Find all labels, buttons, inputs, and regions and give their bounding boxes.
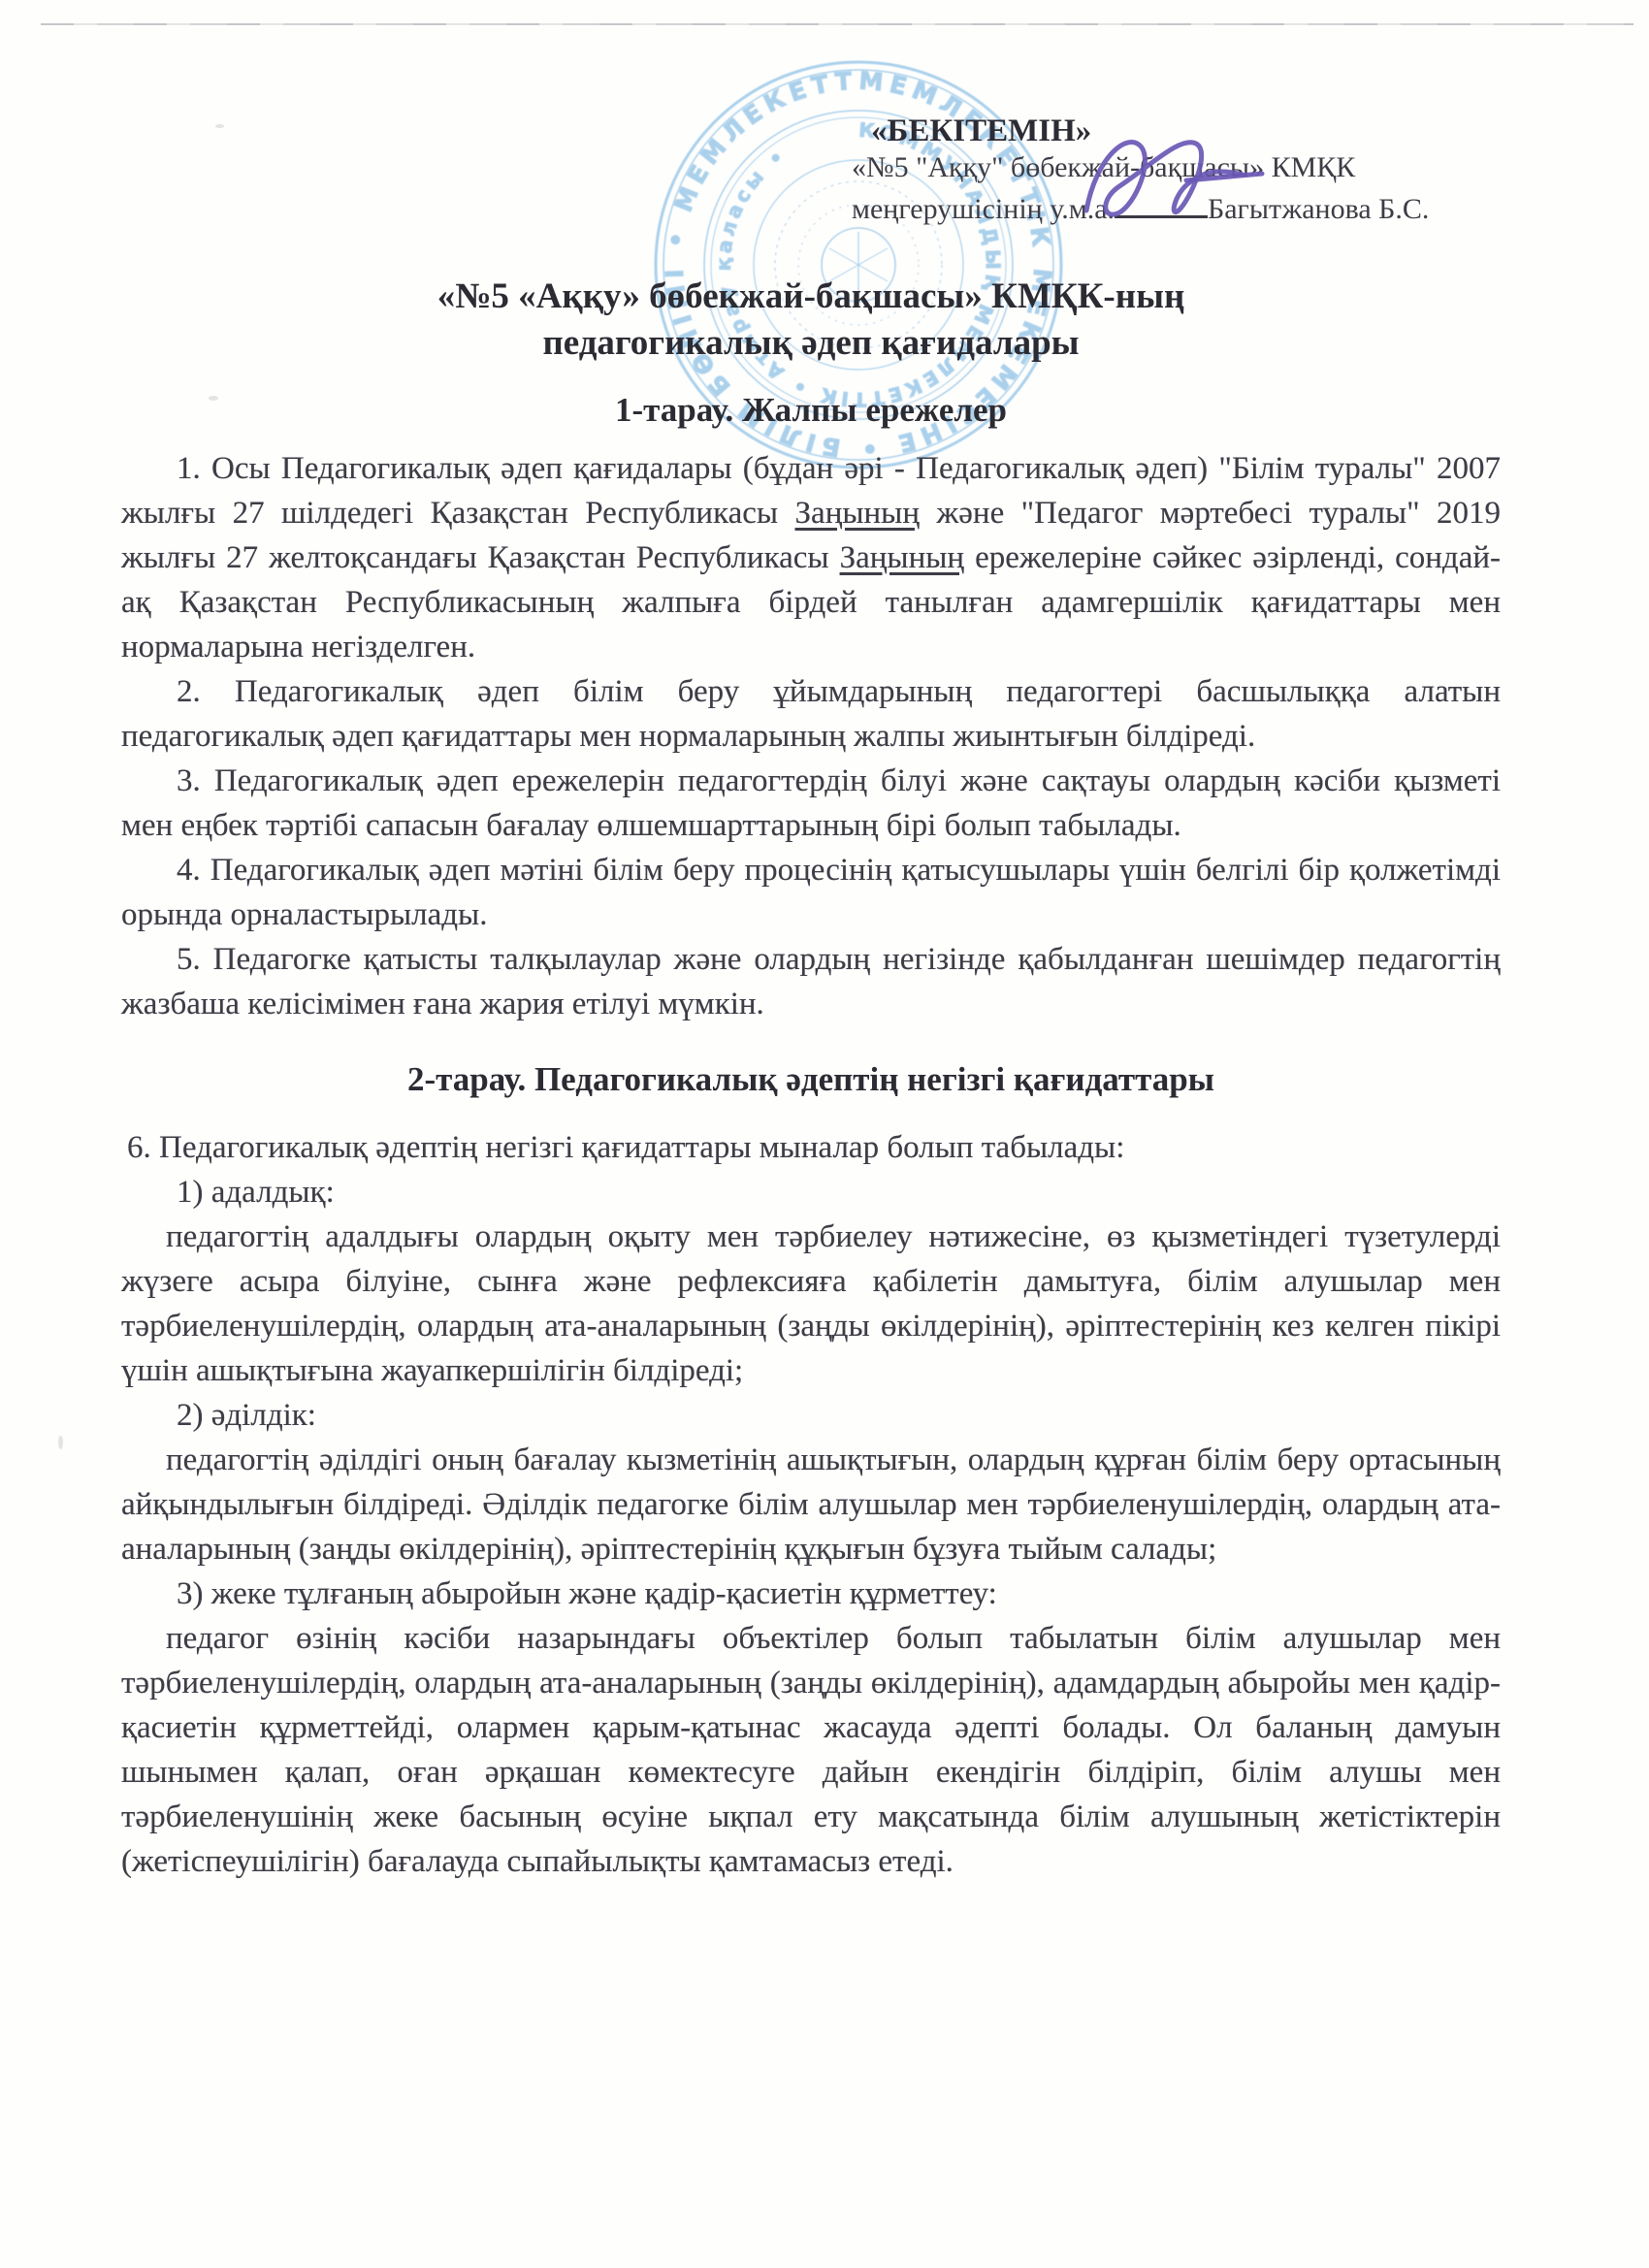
paragraph-2: 2. Педагогикалық әдеп білім беру ұйымдар… <box>121 669 1501 759</box>
approval-signatory-line: меңгерушісінің у.м.а.Багытжанова Б.С. <box>852 186 1429 228</box>
law-reference-underlined: Заңының <box>840 540 965 575</box>
paragraph-5: 5. Педагогке қатысты талқылаулар және ол… <box>121 937 1501 1026</box>
document-title-line2: педагогикалық әдеп қағидалары <box>121 320 1501 367</box>
paragraph-4: 4. Педагогикалық әдеп мәтіні білім беру … <box>121 848 1501 937</box>
chapter-1-body: 1. Осы Педагогикалық әдеп қағидалары (бұ… <box>121 446 1501 1026</box>
document-title-line1: «№5 «Аққу» бөбекжай-бақшасы» КМҚК-ның <box>121 274 1501 320</box>
scan-speck <box>58 1436 63 1449</box>
list-item-2-label: 2) әділдік: <box>121 1393 1501 1438</box>
chapter-2-body: 6. Педагогикалық әдептің негізгі қағидат… <box>121 1125 1501 1884</box>
scan-speck <box>215 124 224 128</box>
chapter-1-heading: 1-тарау. Жалпы ережелер <box>121 388 1501 433</box>
list-item-3-body: педагог өзінің кәсіби назарындағы объект… <box>121 1616 1501 1884</box>
document-body: «№5 «Аққу» бөбекжай-бақшасы» КМҚК-ның пе… <box>121 274 1501 1884</box>
list-item-3-label: 3) жеке тұлғаның абыройын және қадір-қас… <box>121 1571 1501 1616</box>
law-reference-underlined: Заңының <box>795 496 921 531</box>
paragraph-6: 6. Педагогикалық әдептің негізгі қағидат… <box>121 1125 1501 1170</box>
signature-line <box>1115 186 1208 218</box>
list-item-2-body: педагогтің әділдігі оның бағалау кызметі… <box>121 1438 1501 1571</box>
paragraph-1: 1. Осы Педагогикалық әдеп қағидалары (бұ… <box>121 446 1501 669</box>
approval-block: «БЕКІТЕМІН» «№5 "Аққу" бөбекжай-бақшасы»… <box>852 113 1429 228</box>
list-item-1-body: педагогтің адалдығы олардың оқыту мен тә… <box>121 1215 1501 1393</box>
chapter-2-heading: 2-тарау. Педагогикалық әдептің негізгі қ… <box>121 1057 1501 1102</box>
handwritten-signature-icon <box>1072 118 1276 227</box>
list-item-1-label: 1) адалдық: <box>121 1170 1501 1215</box>
document-title: «№5 «Аққу» бөбекжай-бақшасы» КМҚК-ның пе… <box>121 274 1501 367</box>
scan-artifact-top-line <box>41 23 1633 25</box>
paragraph-3: 3. Педагогикалық әдеп ережелерін педагог… <box>121 759 1501 848</box>
scanned-document-page: МЕМЛЕКЕТТІК МЕКЕМЕСІНЕ • БІЛІМ БӨЛІМІ • … <box>0 0 1649 2268</box>
